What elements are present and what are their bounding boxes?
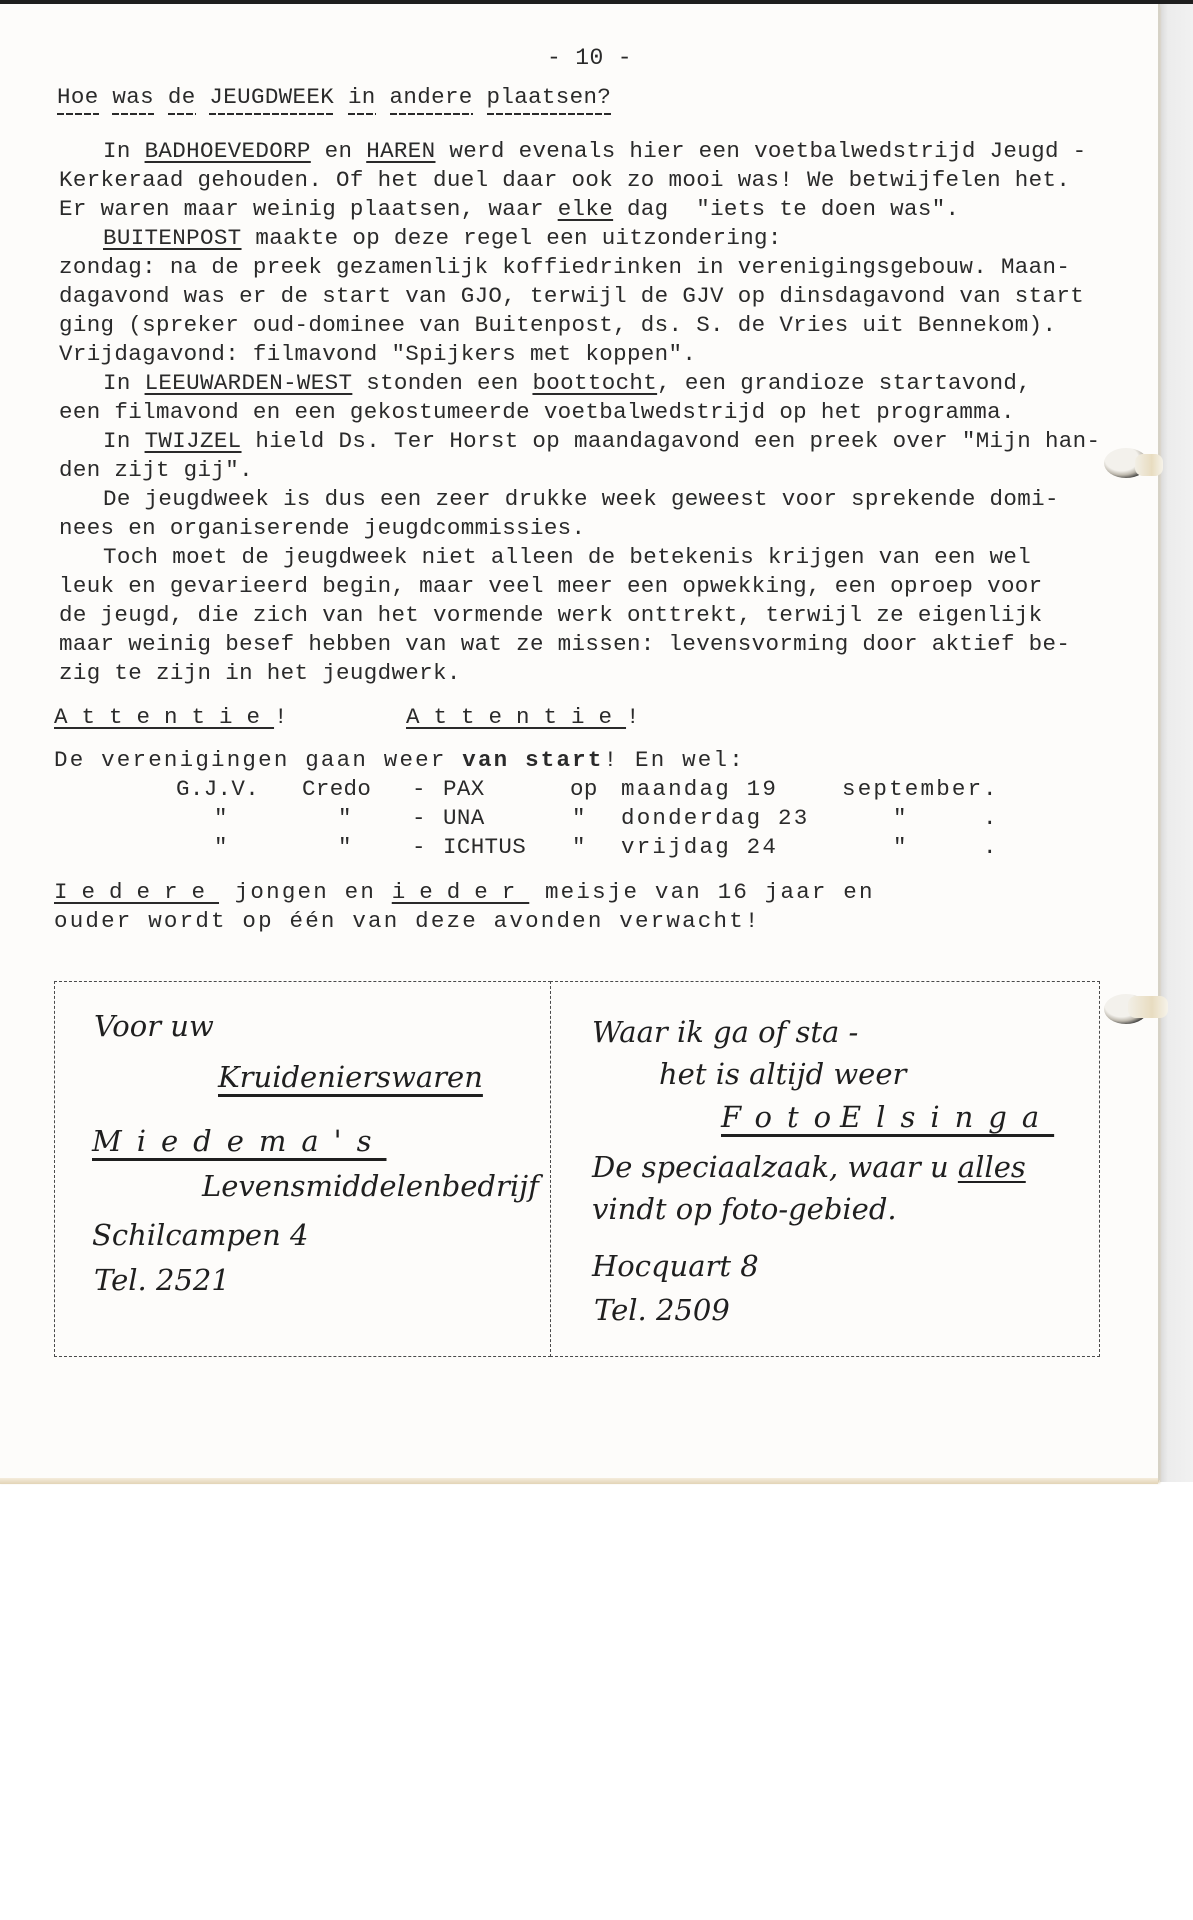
title-word: was xyxy=(112,83,154,112)
paragraph-line: nees en organiserende jeugdcommissies. xyxy=(59,514,585,543)
attention-heading: Attentie! xyxy=(54,703,288,732)
ad-right-phone: Tel. 2509 xyxy=(594,1292,730,1328)
scan-background-strip xyxy=(1160,4,1193,1482)
ad-left-subtitle: Levensmiddelenbedrijf xyxy=(202,1168,539,1204)
notice-closing: ouder wordt op één van deze avonden verw… xyxy=(54,907,761,936)
title-word: Hoe xyxy=(57,83,99,112)
paragraph-line: Er waren maar weinig plaatsen, waar elke… xyxy=(59,195,959,224)
title-word: in xyxy=(348,83,376,112)
title-word: andere xyxy=(390,83,473,112)
paragraph-line: BUITENPOST maakte op deze regel een uitz… xyxy=(103,224,782,253)
ad-right-line: De speciaalzaak, waar u alles xyxy=(592,1149,1026,1185)
emphasis-iedere: Iedere xyxy=(54,879,219,905)
ad-right-line: het is altijd weer xyxy=(659,1056,906,1092)
paragraph-line: Vrijdagavond: filmavond "Spijkers met ko… xyxy=(59,340,696,369)
paragraph-line: In BADHOEVEDORP en HAREN werd evenals hi… xyxy=(103,137,1087,166)
place-buitenpost: BUITENPOST xyxy=(103,225,242,251)
paragraph-line: De jeugdweek is dus een zeer drukke week… xyxy=(103,485,1059,514)
place-haren: HAREN xyxy=(366,138,435,164)
ad-right-line: vindt op foto-gebied. xyxy=(592,1191,897,1227)
notice-closing: Iedere jongen en ieder meisje van 16 jaa… xyxy=(54,878,875,907)
paragraph-line: In TWIJZEL hield Ds. Ter Horst op maanda… xyxy=(103,427,1100,456)
emphasis-elke: elke xyxy=(558,196,613,222)
emphasis-boottocht: boottocht xyxy=(532,370,657,396)
page-title: Hoe was de JEUGDWEEK in andere plaatsen? xyxy=(57,83,611,112)
emphasis-alles: alles xyxy=(958,1150,1026,1184)
emphasis-ieder: ieder xyxy=(392,879,530,905)
ad-right-address: Hocquart 8 xyxy=(592,1248,759,1284)
title-word: de xyxy=(168,83,196,112)
title-word: JEUGDWEEK xyxy=(209,83,334,112)
ad-left-phone: Tel. 2521 xyxy=(94,1262,230,1298)
place-leeuwarden-west: LEEUWARDEN-WEST xyxy=(145,370,353,396)
paper-tear-icon xyxy=(1135,454,1163,476)
paper-tear-icon xyxy=(1128,996,1168,1018)
title-word: plaatsen? xyxy=(487,83,612,112)
paragraph-line: Kerkeraad gehouden. Of het duel daar ook… xyxy=(59,166,1070,195)
page-bottom-edge xyxy=(0,1478,1158,1484)
ad-right-shop-name: Foto xyxy=(721,1099,846,1135)
paragraph-line: de jeugd, die zich van het vormende werk… xyxy=(59,601,1043,630)
paragraph-line: ging (spreker oud-dominee van Buitenpost… xyxy=(59,311,1056,340)
paragraph-line: leuk en gevarieerd begin, maar veel meer… xyxy=(59,572,1043,601)
attention-heading: Attentie! xyxy=(406,703,640,732)
ad-left-address: Schilcampen 4 xyxy=(92,1217,308,1253)
document-page: - 10 - Hoe was de JEUGDWEEK in andere pl… xyxy=(0,4,1160,1480)
paragraph-line: den zijt gij". xyxy=(59,456,253,485)
ad-right-line: Waar ik ga of sta - xyxy=(592,1014,858,1050)
paragraph-line: In LEEUWARDEN-WEST stonden een boottocht… xyxy=(103,369,1031,398)
notice-intro: De verenigingen gaan weer van start! En … xyxy=(54,746,745,775)
ad-right-shop-name: Elsinga xyxy=(840,1099,1054,1135)
paragraph-line: zig te zijn in het jeugdwerk. xyxy=(59,659,461,688)
place-badhoevedorp: BADHOEVEDORP xyxy=(145,138,311,164)
paragraph-line: Toch moet de jeugdweek niet alleen de be… xyxy=(103,543,1031,572)
ad-left-category: Kruidenierswaren xyxy=(218,1059,483,1095)
paragraph-line: zondag: na de preek gezamenlijk koffiedr… xyxy=(59,253,1070,282)
page-number: - 10 - xyxy=(547,44,632,73)
paragraph-line: dagavond was er de start van GJO, terwij… xyxy=(59,282,1084,311)
paragraph-line: een filmavond en een gekostumeerde voetb… xyxy=(59,398,1015,427)
ad-left-line: Voor uw xyxy=(94,1008,214,1044)
place-twijzel: TWIJZEL xyxy=(145,428,242,454)
emphasis-van-start: van start xyxy=(462,747,603,773)
paragraph-line: maar weinig besef hebben van wat ze miss… xyxy=(59,630,1070,659)
ad-left-shop-name: Miedema's xyxy=(92,1123,387,1159)
